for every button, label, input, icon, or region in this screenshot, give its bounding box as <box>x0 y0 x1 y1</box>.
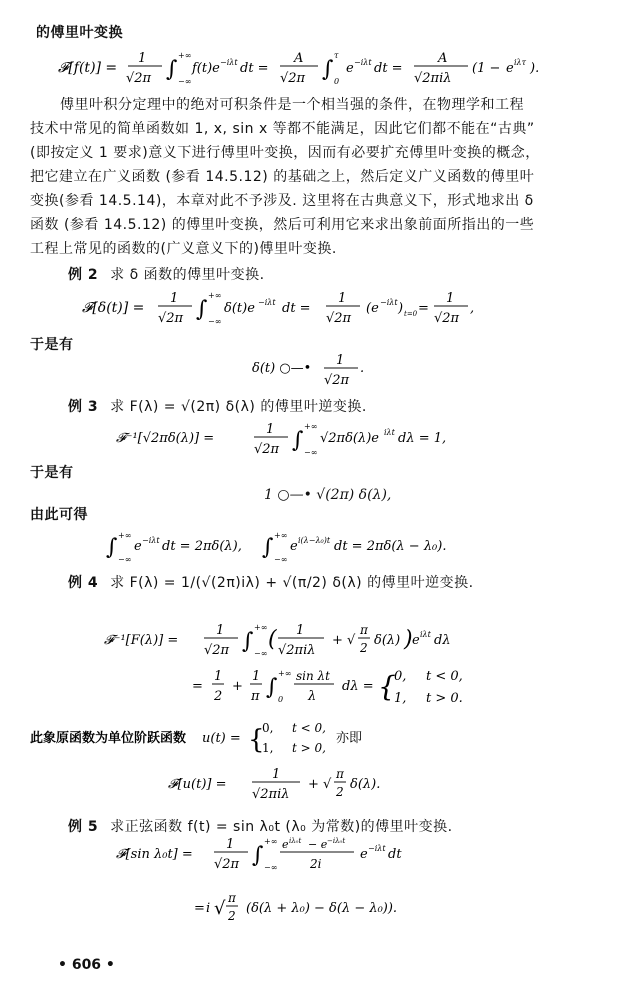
svg-text:−iλt: −iλt <box>368 844 386 853</box>
svg-text:∫: ∫ <box>322 57 334 82</box>
paragraph-line-4: 把它建立在广义函数 (参看 14.5.12) 的基础之上，然后定义广义函数的傅里… <box>30 168 615 186</box>
svg-text:1: 1 <box>216 623 224 638</box>
svg-text:0: 0 <box>278 695 283 704</box>
intro-heading-line: 的傅里叶变换 <box>36 24 123 42</box>
paragraph-line-6: 函数 (参看 14.5.12) 的傅里叶变换，然后可利用它来求出象前面所指出的一… <box>30 216 615 234</box>
svg-text:1: 1 <box>138 51 146 66</box>
svg-text:): ) <box>397 301 403 316</box>
svg-text:∫: ∫ <box>196 297 208 322</box>
svg-text:+: + <box>232 679 243 694</box>
svg-text:−∞: −∞ <box>274 555 287 564</box>
equation-render: 此象原函数为单位阶跃函数 u(t) = { 0, t < 0, 1, t > 0… <box>30 720 450 760</box>
example-4-equation-3: 𝓕[u(t)] = 1 √2πiλ + √ π 2 δ(λ). <box>168 764 448 813</box>
svg-text:∫: ∫ <box>166 57 178 82</box>
svg-text:A: A <box>437 51 447 66</box>
svg-text:(1 −: (1 − <box>472 61 500 76</box>
svg-text:+∞: +∞ <box>274 531 287 540</box>
svg-text:− e: − e <box>308 838 328 851</box>
svg-text:∫: ∫ <box>292 428 304 453</box>
svg-text:2: 2 <box>335 785 344 799</box>
svg-text:2: 2 <box>359 641 368 655</box>
svg-text:𝓕[u(t)] =: 𝓕[u(t)] = <box>168 777 227 792</box>
svg-text:sin λt: sin λt <box>296 669 330 683</box>
svg-text:−∞: −∞ <box>178 77 191 86</box>
svg-text:1: 1 <box>170 291 178 306</box>
svg-text:𝓕⁻¹[√2πδ(λ)] =: 𝓕⁻¹[√2πδ(λ)] = <box>116 431 214 446</box>
example-3-label: 例 3 <box>68 399 98 415</box>
svg-text:1: 1 <box>226 837 234 852</box>
equation-render: 𝓕⁻¹[F(λ)] = 1 √2π ∫ +∞ −∞ ( 1 √2πiλ + √ … <box>104 620 504 664</box>
svg-text:2: 2 <box>227 909 236 923</box>
equation-render: 𝓕[u(t)] = 1 √2πiλ + √ π 2 δ(λ). <box>168 764 448 808</box>
svg-text:∫: ∫ <box>252 843 264 868</box>
svg-text:+∞: +∞ <box>304 422 317 431</box>
svg-text:−iλt: −iλt <box>380 298 398 307</box>
svg-text:+∞: +∞ <box>254 623 267 632</box>
example-3-heading: 例 3求 F(λ) = √(2π) δ(λ) 的傅里叶逆变换. <box>68 398 367 416</box>
example-5-equation-2: = i √ π 2 (δ(λ + λ₀) − δ(λ − λ₀)). <box>194 888 494 937</box>
svg-text:−∞: −∞ <box>254 649 267 658</box>
example-4-equation-2: = 1 2 + 1 π ∫ +∞ 0 sin λt λ dλ = { 0, t … <box>192 666 492 715</box>
example-5-heading: 例 5求正弦函数 f(t) = sin λ₀t (λ₀ 为常数)的傅里叶变换. <box>68 818 453 836</box>
rectangular-pulse-transform-equation: 𝓕[f(t)] = 1 √2π ∫ +∞ −∞ f(t)e −iλt dt = … <box>58 48 618 93</box>
svg-text:𝓕⁻¹[F(λ)] =: 𝓕⁻¹[F(λ)] = <box>104 633 178 648</box>
equation-render: = 1 2 + 1 π ∫ +∞ 0 sin λt λ dλ = { 0, t … <box>192 666 492 710</box>
svg-text:𝓕[f(t)] =: 𝓕[f(t)] = <box>58 60 117 76</box>
page-number: • 606 • <box>58 956 115 974</box>
equation-render: 𝓕⁻¹[√2πδ(λ)] = 1 √2π ∫ +∞ −∞ √2πδ(λ)e iλ… <box>116 420 516 460</box>
svg-text:=: = <box>418 301 429 316</box>
svg-text:f(t)e: f(t)e <box>191 61 220 76</box>
paragraph-line-3: (即按定义 1 要求)意义下进行傅里叶变换，因而有必要扩充傅里叶变换的概念， <box>30 144 615 162</box>
svg-text:√2πiλ: √2πiλ <box>252 787 290 802</box>
svg-text:0: 0 <box>334 77 339 86</box>
paragraph-line-2: 技术中常见的简单函数如 1, x, sin x 等都不能满足，因此它们都不能在“… <box>30 120 615 138</box>
svg-text:λ: λ <box>307 689 316 704</box>
svg-text:δ(t)e: δ(t)e <box>224 301 255 316</box>
svg-text:+ √: + √ <box>332 633 356 648</box>
svg-text:u(t) =: u(t) = <box>202 731 241 746</box>
example-4-label: 例 4 <box>68 575 98 591</box>
paragraph-line-5: 变换(参看 14.5.14)，本章对此不予涉及. 这里将在古典意义下，形式地求出… <box>30 192 615 210</box>
svg-text:𝓕[sin λ₀t] =: 𝓕[sin λ₀t] = <box>116 847 193 862</box>
example-3-equation-1: 𝓕⁻¹[√2πδ(λ)] = 1 √2π ∫ +∞ −∞ √2πδ(λ)e iλ… <box>116 420 516 465</box>
svg-text:−∞: −∞ <box>208 317 221 326</box>
svg-text:+∞: +∞ <box>118 531 131 540</box>
svg-text:1: 1 <box>446 291 454 306</box>
equation-render: 𝓕[f(t)] = 1 √2π ∫ +∞ −∞ f(t)e −iλt dt = … <box>58 48 618 88</box>
svg-text:∫: ∫ <box>266 675 278 700</box>
svg-text:∫: ∫ <box>242 629 254 654</box>
svg-text:√2π: √2π <box>254 442 280 457</box>
svg-text:e: e <box>506 61 514 76</box>
svg-text:(e: (e <box>366 301 379 316</box>
svg-text:√2π: √2π <box>324 373 350 388</box>
svg-text:∫: ∫ <box>262 535 274 560</box>
example-3-connector-2: 由此可得 <box>30 506 88 524</box>
svg-text:√: √ <box>214 898 226 919</box>
svg-text:dt =: dt = <box>240 61 269 76</box>
svg-text:此象原函数为单位阶跃函数: 此象原函数为单位阶跃函数 <box>30 730 186 746</box>
svg-text:iλ₀t: iλ₀t <box>289 837 301 845</box>
svg-text:√2π: √2π <box>326 311 352 326</box>
svg-text:+∞: +∞ <box>278 669 291 678</box>
svg-text:+∞: +∞ <box>178 51 191 60</box>
svg-text:√2π: √2π <box>280 71 306 86</box>
svg-text:dt = 2πδ(λ − λ₀).: dt = 2πδ(λ − λ₀). <box>334 539 446 554</box>
svg-text:√2π: √2π <box>204 643 230 658</box>
svg-text:dλ =: dλ = <box>342 679 374 694</box>
svg-text:δ(λ): δ(λ) <box>374 633 400 648</box>
svg-text:).: ). <box>529 61 539 76</box>
example-2-equation-1: 𝓕[δ(t)] = 1 √2π ∫ +∞ −∞ δ(t)e −iλt dt = … <box>82 288 602 333</box>
svg-text:dt =: dt = <box>282 301 311 316</box>
svg-text:−∞: −∞ <box>264 863 277 872</box>
svg-text:−iλt: −iλt <box>258 298 276 307</box>
example-4-equation-1: 𝓕⁻¹[F(λ)] = 1 √2π ∫ +∞ −∞ ( 1 √2πiλ + √ … <box>104 620 504 669</box>
example-2-equation-2: δ(t) ○—• 1 √2π . <box>252 350 392 395</box>
svg-text:+∞: +∞ <box>264 837 277 846</box>
svg-text:√2π: √2π <box>126 71 152 86</box>
svg-text:−∞: −∞ <box>118 555 131 564</box>
paragraph-line-1: 傅里叶积分定理中的绝对可积条件是一个相当强的条件，在物理学和工程 <box>30 96 615 114</box>
svg-text:−∞: −∞ <box>304 448 317 457</box>
example-2-connector: 于是有 <box>30 336 74 354</box>
svg-text:dt = 2πδ(λ),: dt = 2πδ(λ), <box>162 539 242 554</box>
example-3-equation-2: 1 ○—• √(2π) δ(λ), <box>264 486 391 504</box>
equation-render: 𝓕[δ(t)] = 1 √2π ∫ +∞ −∞ δ(t)e −iλt dt = … <box>82 288 602 328</box>
svg-text:e: e <box>290 539 298 554</box>
svg-text:.: . <box>360 361 364 376</box>
svg-text:π: π <box>227 891 237 905</box>
svg-text:−iλt: −iλt <box>354 58 372 67</box>
example-2-heading: 例 2求 δ 函数的傅里叶变换. <box>68 266 265 284</box>
svg-text:dλ: dλ <box>434 633 451 648</box>
svg-text:1: 1 <box>336 353 344 368</box>
svg-text:1: 1 <box>266 422 274 437</box>
example-3-connector: 于是有 <box>30 464 74 482</box>
equation-render: 𝓕[sin λ₀t] = 1 √2π ∫ +∞ −∞ e iλ₀t − e −i… <box>116 836 476 880</box>
svg-text:i: i <box>206 901 210 916</box>
example-2-label: 例 2 <box>68 267 98 283</box>
svg-text:𝓕[δ(t)] =: 𝓕[δ(t)] = <box>82 300 144 316</box>
svg-text:iλt: iλt <box>420 630 432 639</box>
svg-text:=: = <box>194 901 205 916</box>
svg-text:e: e <box>282 838 289 851</box>
svg-text:√2πiλ: √2πiλ <box>414 71 452 86</box>
svg-text:√2π: √2π <box>434 311 460 326</box>
example-5-label: 例 5 <box>68 819 98 835</box>
paragraph-line-7: 工程上常见的函数的(广义意义下的)傅里叶变换. <box>30 240 615 258</box>
example-2-title: 求 δ 函数的傅里叶变换. <box>110 267 264 283</box>
svg-text:i(λ−λ₀)t: i(λ−λ₀)t <box>298 536 331 545</box>
svg-text:2: 2 <box>213 689 222 704</box>
example-4-heading: 例 4求 F(λ) = 1/(√(2π)iλ) + √(π/2) δ(λ) 的傅… <box>68 574 474 592</box>
svg-text:1: 1 <box>214 669 222 684</box>
svg-text:1,: 1, <box>262 741 273 755</box>
svg-text:亦即: 亦即 <box>336 731 362 746</box>
example-4-connector: 此象原函数为单位阶跃函数 u(t) = { 0, t < 0, 1, t > 0… <box>30 720 450 765</box>
svg-text:1: 1 <box>296 623 304 638</box>
svg-text:dt: dt <box>388 847 402 862</box>
svg-text:iλτ: iλτ <box>514 58 527 67</box>
svg-text:−iλt: −iλt <box>220 58 238 67</box>
svg-text:π: π <box>335 767 345 781</box>
svg-text:t < 0,: t < 0, <box>426 669 463 684</box>
svg-text:A: A <box>293 51 303 66</box>
svg-text:(δ(λ + λ₀) − δ(λ − λ₀)).: (δ(λ + λ₀) − δ(λ − λ₀)). <box>246 901 397 916</box>
svg-text:+∞: +∞ <box>208 291 221 300</box>
svg-text:1: 1 <box>272 767 280 782</box>
svg-text:π: π <box>359 623 369 637</box>
equation-render: ∫ +∞ −∞ e −iλt dt = 2πδ(λ), ∫ +∞ −∞ e i(… <box>106 530 526 564</box>
svg-text:δ(λ).: δ(λ). <box>350 777 380 792</box>
svg-text:t=0: t=0 <box>404 310 418 318</box>
svg-text:+ √: + √ <box>308 777 332 792</box>
svg-text:0,: 0, <box>262 721 273 735</box>
equation-render: = i √ π 2 (δ(λ + λ₀) − δ(λ − λ₀)). <box>194 888 494 932</box>
svg-text:e: e <box>346 61 354 76</box>
svg-text:iλt: iλt <box>384 428 396 437</box>
example-5-title: 求正弦函数 f(t) = sin λ₀t (λ₀ 为常数)的傅里叶变换. <box>110 819 453 835</box>
svg-text:t > 0.: t > 0. <box>426 691 463 706</box>
svg-text:τ: τ <box>334 51 339 60</box>
svg-text:=: = <box>192 679 203 694</box>
svg-text:√2π: √2π <box>158 311 184 326</box>
svg-text:1: 1 <box>252 669 260 684</box>
svg-text:t < 0,: t < 0, <box>292 721 326 735</box>
example-3-equation-3: ∫ +∞ −∞ e −iλt dt = 2πδ(λ), ∫ +∞ −∞ e i(… <box>106 530 526 569</box>
svg-text:1: 1 <box>338 291 346 306</box>
example-4-title: 求 F(λ) = 1/(√(2π)iλ) + √(π/2) δ(λ) 的傅里叶逆… <box>110 575 473 591</box>
svg-text:e: e <box>134 539 142 554</box>
svg-text:dλ = 1,: dλ = 1, <box>398 431 446 446</box>
example-3-title: 求 F(λ) = √(2π) δ(λ) 的傅里叶逆变换. <box>110 399 367 415</box>
svg-text:√2πδ(λ)e: √2πδ(λ)e <box>320 431 379 446</box>
svg-text:−iλt: −iλt <box>142 536 160 545</box>
svg-text:∫: ∫ <box>106 535 118 560</box>
svg-text:2i: 2i <box>309 857 322 871</box>
svg-text:−iλ₀t: −iλ₀t <box>327 837 345 845</box>
equation-render: δ(t) ○—• 1 √2π . <box>252 350 392 390</box>
example-5-equation-1: 𝓕[sin λ₀t] = 1 √2π ∫ +∞ −∞ e iλ₀t − e −i… <box>116 836 476 885</box>
svg-text:e: e <box>360 847 368 862</box>
svg-text:π: π <box>250 689 260 704</box>
svg-text:(: ( <box>268 627 277 652</box>
svg-text:δ(t) ○—•: δ(t) ○—• <box>252 361 311 376</box>
svg-text:√2π: √2π <box>214 857 240 872</box>
svg-text:1,: 1, <box>394 691 406 706</box>
svg-text:dt =: dt = <box>374 61 403 76</box>
svg-text:,: , <box>470 301 474 316</box>
svg-text:t > 0,: t > 0, <box>292 741 326 755</box>
svg-text:√2πiλ: √2πiλ <box>278 643 316 658</box>
svg-text:0,: 0, <box>394 669 406 684</box>
svg-text:e: e <box>412 633 420 648</box>
